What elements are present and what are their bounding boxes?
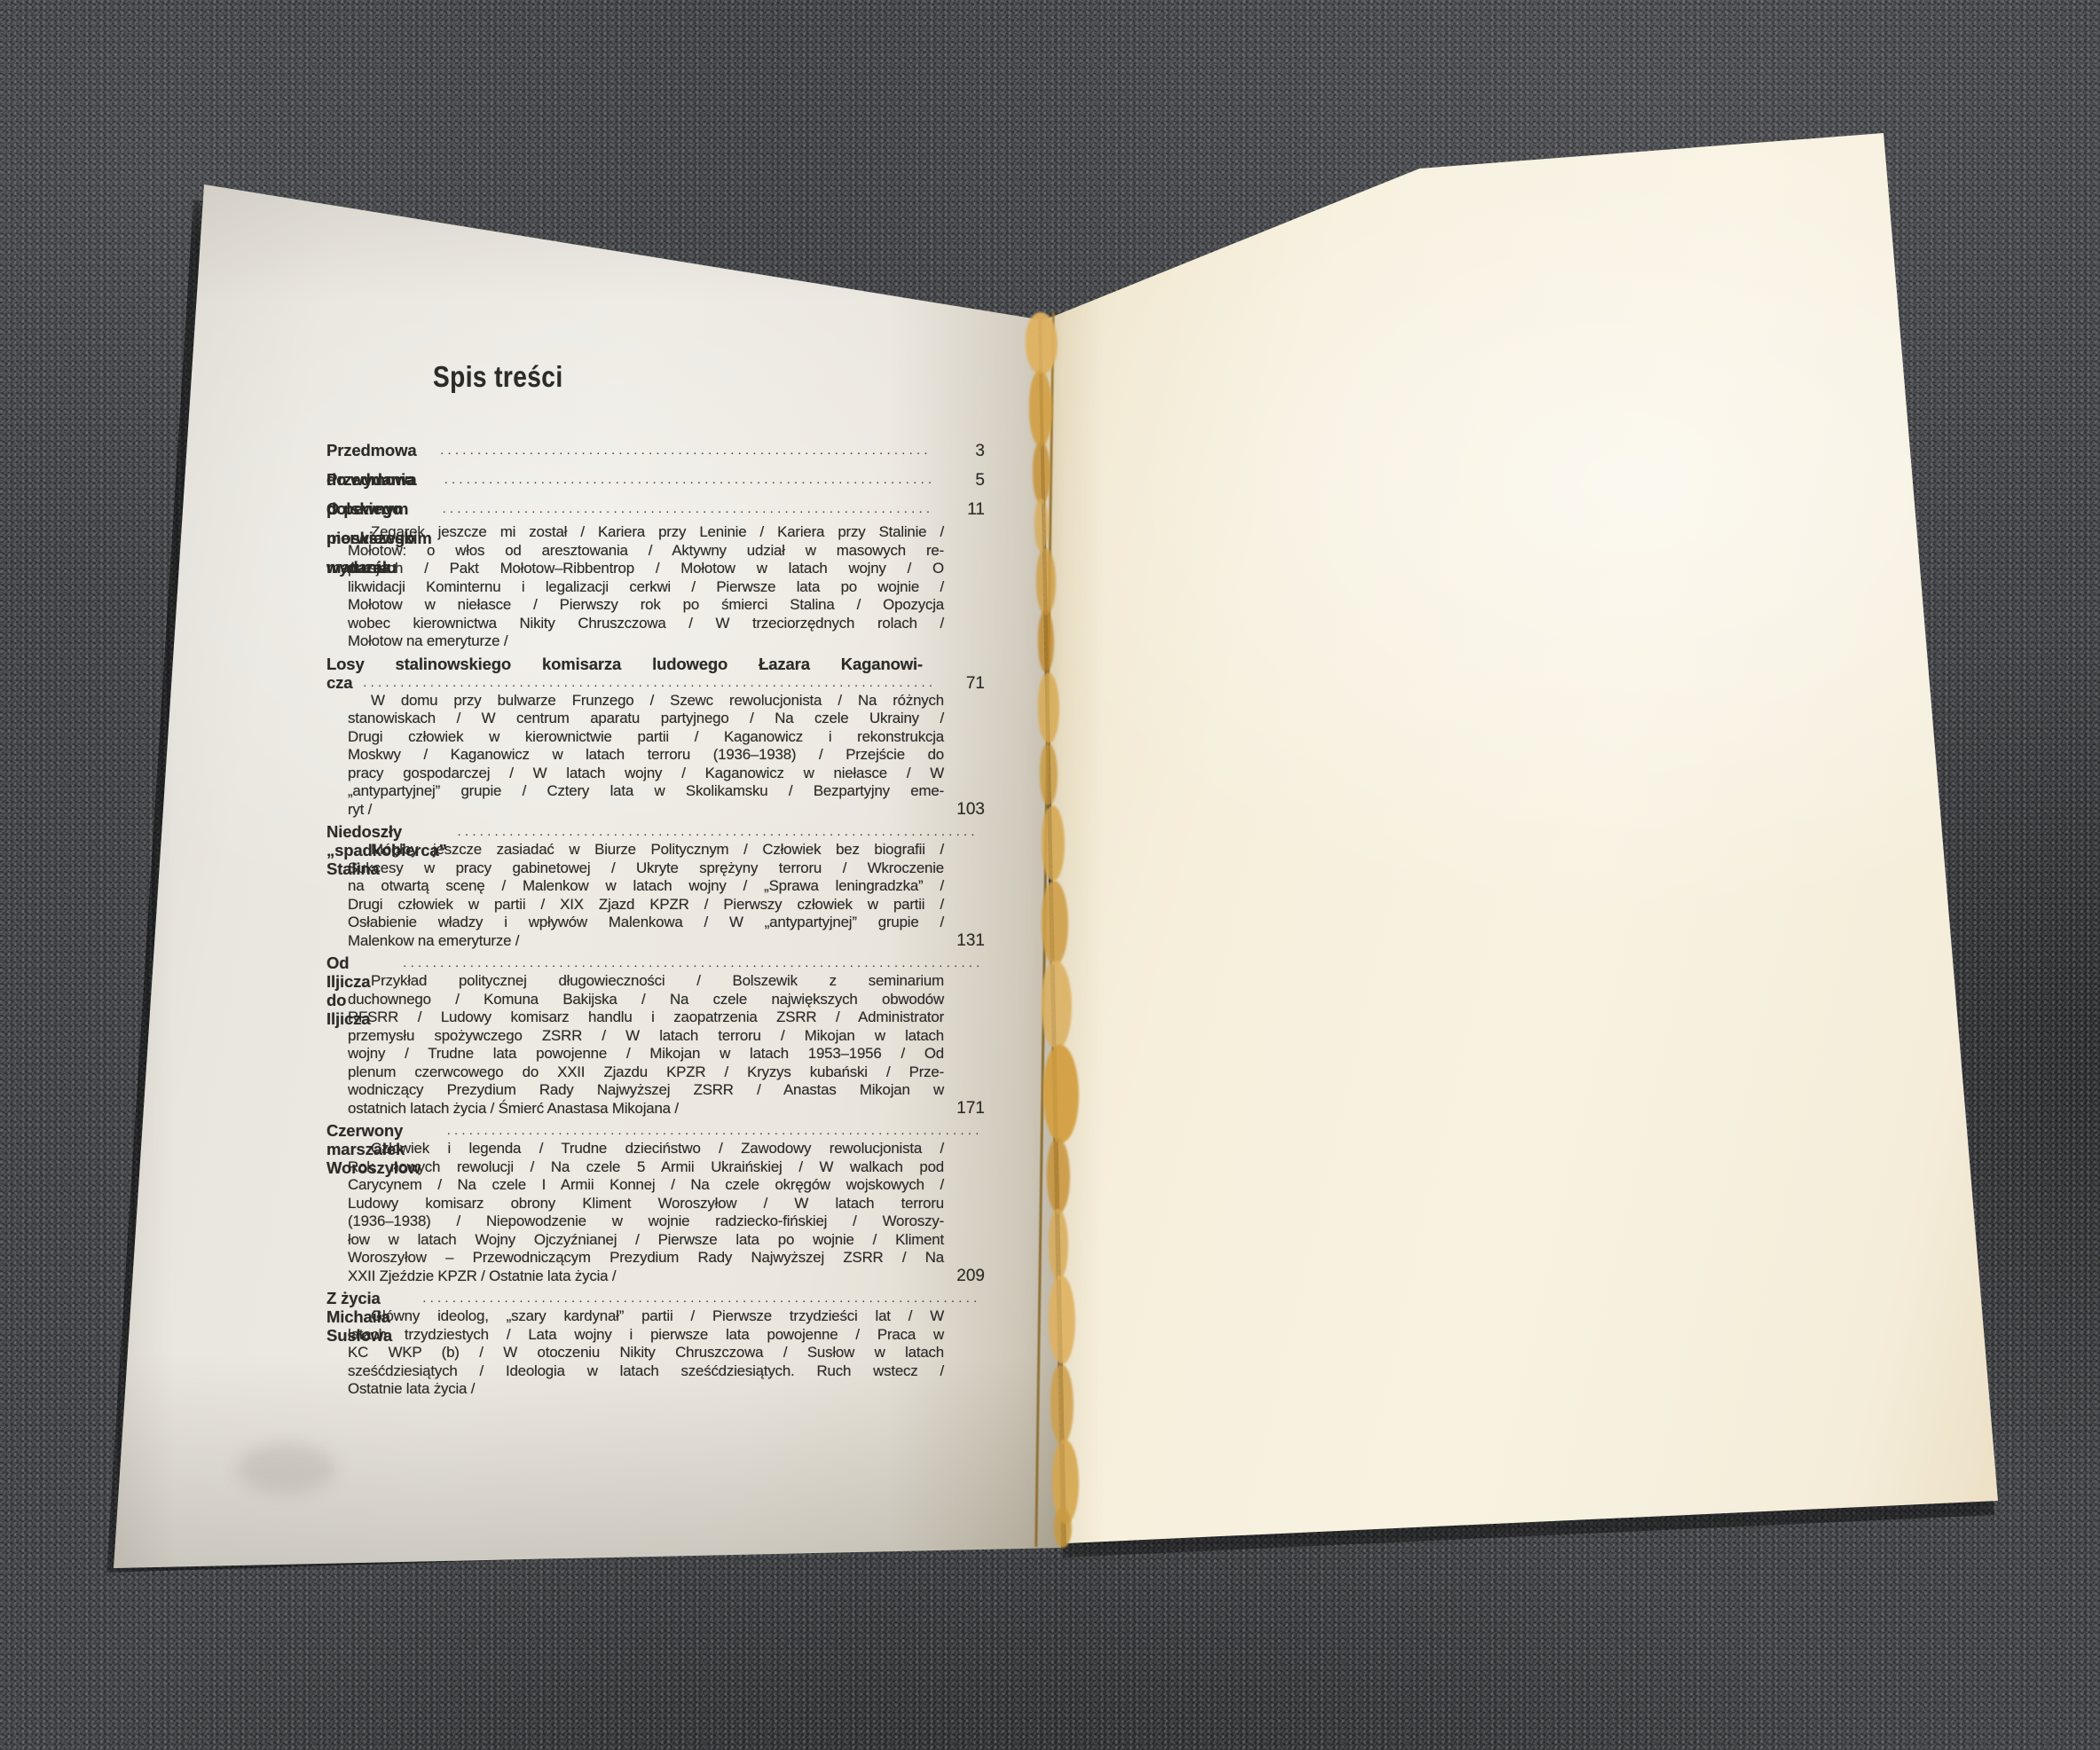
toc-paragraph-line: KC WKP (b) / W otoczeniu Nikity Chruszcz…	[348, 1344, 944, 1362]
dot-leader	[447, 1121, 979, 1140]
toc-paragraph-line: wobec kierownictwa Nikity Chruszczowa / …	[348, 615, 944, 633]
toc-paragraph: Człowiek i legenda / Trudne dzieciństwo …	[348, 1140, 944, 1285]
toc-paragraph-line: presjach / Pakt Mołotow–Ribbentrop / Moł…	[348, 560, 944, 578]
toc-paragraph-line: Rok nowych rewolucji / Na czele 5 Armii …	[348, 1158, 944, 1177]
page-number: 103	[956, 801, 985, 820]
toc-paragraph-line: Sukcesy w pracy gabinetowej / Ukryte spr…	[348, 859, 944, 878]
dot-leader	[444, 465, 932, 494]
page-title: Spis treści	[433, 359, 902, 395]
toc-paragraph-line: likwidacji Kominternu i legalizacji cerk…	[348, 578, 944, 597]
toc-paragraph-line: łow w latach Wojny Ojczyźnianej / Pierws…	[348, 1231, 944, 1250]
glue-stain	[1033, 442, 1050, 504]
glue-stain	[1049, 1275, 1075, 1364]
toc-paragraph: Przykład politycznej długowieczności / B…	[348, 972, 944, 1118]
toc-paragraph-line: stanowiskach / W centrum aparatu partyjn…	[348, 710, 944, 728]
page-number: 11	[937, 495, 985, 524]
toc-entry: O pewnym moskiewskim matuzalu11	[326, 494, 985, 523]
toc-paragraph-line: pracy gospodarczej / W latach wojny / Ka…	[348, 765, 944, 783]
dot-leader	[443, 494, 932, 523]
toc-paragraph-line: Moskwy / Kaganowicz w latach terroru (19…	[348, 746, 944, 765]
glue-stain	[1042, 881, 1068, 965]
toc-paragraph-line: XXII Zjeździe KPZR / Ostatnie lata życia…	[348, 1267, 944, 1286]
glue-stain	[1054, 1508, 1072, 1548]
toc-rows: Przedmowa do wydania polskiego3Przedmowa…	[326, 436, 985, 1399]
toc-paragraph-line: Drugi człowiek w kierownictwie partii / …	[348, 728, 944, 747]
glue-stain	[1050, 1364, 1074, 1444]
toc-paragraph-line: latach trzydziestych / Lata wojny i pier…	[348, 1326, 944, 1345]
toc-paragraph-line: (1936–1938) / Niepowodzenie w wojnie rad…	[348, 1212, 944, 1231]
dot-leader	[422, 1289, 979, 1307]
glue-stain	[1038, 672, 1059, 743]
page-number: 3	[937, 436, 985, 466]
glue-stain	[1036, 548, 1056, 615]
glue-stain	[1038, 610, 1054, 672]
toc-paragraph-line: Ludowy komisarz obrony Kliment Woroszyło…	[348, 1195, 944, 1213]
page-number: 71	[937, 674, 985, 693]
toc-chapter-heading: Z życia Michaiła Susłowa	[326, 1289, 985, 1307]
toc-paragraph-line: ryt /103	[348, 801, 944, 820]
page-number: 5	[937, 466, 985, 495]
toc-chapter-heading: Czerwony marszałek Woroszyłow	[326, 1121, 985, 1140]
page-number: 209	[956, 1267, 985, 1286]
toc-paragraph-line: Mołotow w niełasce / Pierwszy rok po śmi…	[348, 596, 944, 615]
toc-entry: Przedmowa do pierwszego wydania5	[326, 465, 985, 494]
toc-paragraph-line: Malenkow na emeryturze /131	[348, 932, 944, 951]
glue-stain	[1040, 743, 1058, 805]
toc-paragraph-line: duchownego / Komuna Bakijska / Na czele …	[348, 991, 944, 1009]
toc-paragraph-line: Woroszyłow – Przewodniczącym Prezydium R…	[348, 1249, 944, 1267]
toc-paragraph-line: Główny ideolog, „szary kardynał” partii …	[348, 1307, 944, 1326]
toc-chapter-heading: Niedoszły „spadkobierca” Stalina	[326, 822, 985, 841]
dot-leader	[440, 436, 932, 465]
table-of-contents: Spis treści Przedmowa do wydania polskie…	[326, 355, 985, 1399]
glue-stain	[1026, 312, 1058, 374]
right-page-blank	[1034, 124, 2027, 1561]
toc-paragraph-line: Mołotow na emeryturze /	[348, 632, 944, 651]
toc-paragraph-line: Carycynem / Na czele I Armii Konnej / Na…	[348, 1176, 944, 1195]
toc-paragraph: Mógłby jeszcze zasiadać w Biurze Polityc…	[348, 841, 944, 950]
toc-paragraph-line: Mołotow: o włos od aresztowania / Aktywn…	[348, 542, 944, 561]
toc-chapter-heading: cza71	[326, 673, 985, 692]
glue-stain	[1042, 961, 1072, 1049]
toc-paragraph-line: Drugi człowiek w partii / XIX Zjazd KPZR…	[348, 896, 944, 914]
toc-paragraph-line: Ostatnie lata życia /	[348, 1380, 944, 1399]
toc-paragraph-line: na otwartą scenę / Malenkow w latach woj…	[348, 877, 944, 896]
toc-paragraph-line: sześćdziesiątych / Ideologia w latach sz…	[348, 1362, 944, 1381]
toc-paragraph: Zegarek jeszcze mi został / Kariera przy…	[348, 523, 944, 651]
toc-paragraph-line: Człowiek i legenda / Trudne dzieciństwo …	[348, 1140, 944, 1158]
glue-stain	[1042, 805, 1065, 881]
toc-paragraph-line: Mógłby jeszcze zasiadać w Biurze Polityc…	[348, 841, 944, 859]
dot-leader	[403, 953, 979, 972]
toc-paragraph-line: Przykład politycznej długowieczności / B…	[348, 972, 944, 991]
photo-of-open-book: Spis treści Przedmowa do wydania polskie…	[0, 0, 2100, 1750]
toc-entry: Przedmowa do wydania polskiego3	[326, 436, 985, 465]
glue-stain	[1049, 1209, 1068, 1280]
toc-paragraph-line: Osłabienie władzy i wpływów Malenkowa / …	[348, 914, 944, 932]
page-number: 171	[956, 1100, 985, 1118]
page-smudge	[238, 1444, 335, 1494]
toc-paragraph-line: ostatnich latach życia / Śmierć Anastasa…	[348, 1100, 944, 1118]
toc-paragraph-line: plenum czerwcowego do XXII Zjazdu KPZR /…	[348, 1063, 944, 1082]
toc-paragraph-line: „antypartyjnej” grupie / Cztery lata w S…	[348, 782, 944, 801]
dot-leader	[363, 673, 932, 692]
toc-paragraph-line: wodniczący Prezydium Rady Najwyższej ZSR…	[348, 1081, 944, 1100]
toc-paragraph: Główny ideolog, „szary kardynał” partii …	[348, 1307, 944, 1399]
toc-paragraph-line: przemysłu spożywczego ZSRR / W latach te…	[348, 1027, 944, 1046]
page-number: 131	[956, 932, 985, 951]
glue-stain	[1034, 498, 1049, 552]
glue-stain	[1029, 371, 1052, 446]
toc-paragraph-line: RFSRR / Ludowy komisarz handlu i zaopatr…	[348, 1008, 944, 1027]
toc-chapter-heading: Od Iljicza do Iljicza	[326, 953, 985, 972]
dot-leader	[458, 822, 979, 841]
toc-paragraph-line: Zegarek jeszcze mi został / Kariera przy…	[348, 523, 944, 542]
glue-stain	[1047, 1138, 1070, 1213]
toc-paragraph-line: wojny / Trudne lata powojenne / Mikojan …	[348, 1045, 944, 1063]
glue-stain	[1043, 1045, 1079, 1142]
toc-paragraph-line: W domu przy bulwarze Frunzego / Szewc re…	[348, 692, 944, 710]
toc-paragraph: W domu przy bulwarze Frunzego / Szewc re…	[348, 692, 944, 820]
toc-label: cza	[326, 673, 352, 692]
toc-chapter-heading-wrapped: Losy stalinowskiego komisarza ludowego Ł…	[326, 655, 923, 673]
